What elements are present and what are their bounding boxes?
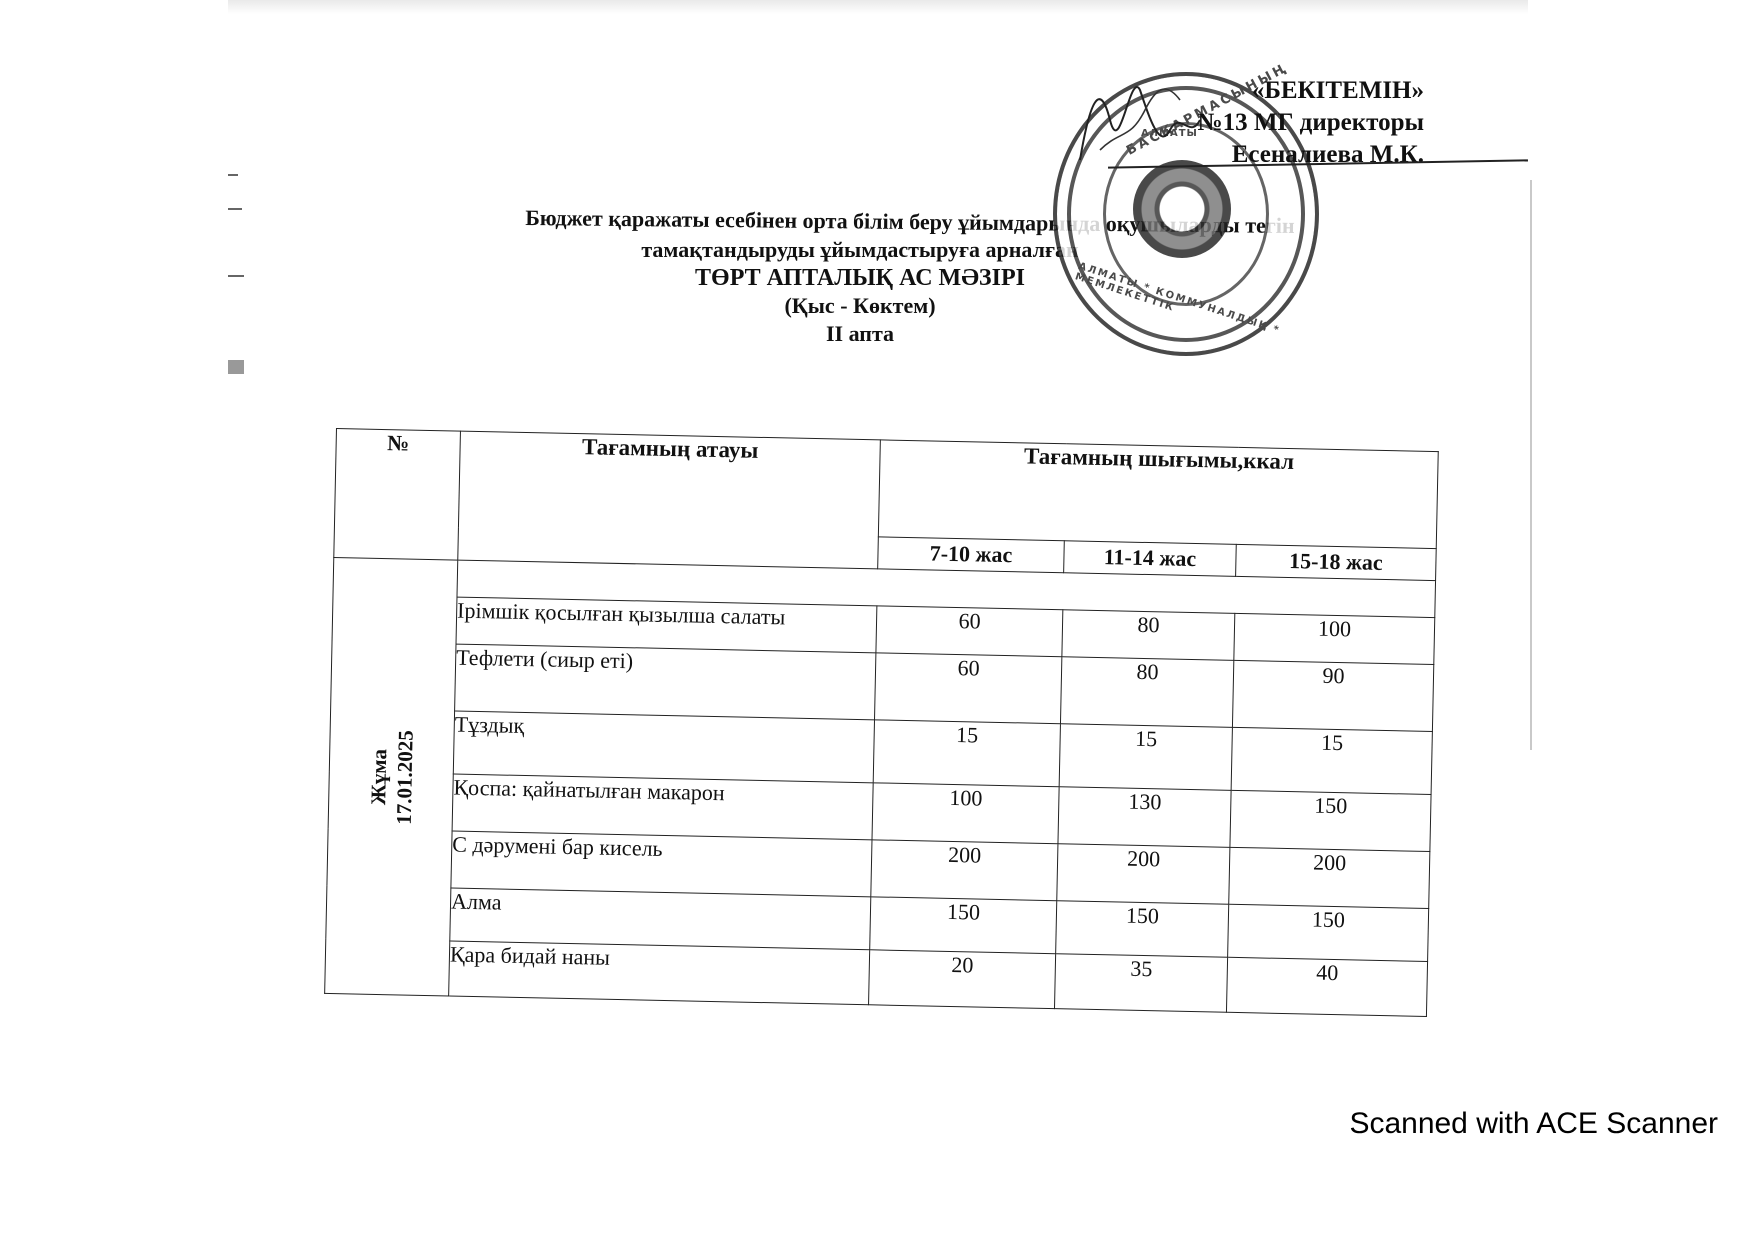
value-15-18: 90 [1232, 660, 1433, 731]
day-date: 17.01.2025 [390, 729, 418, 824]
menu-table-container: № Тағамның атауы Тағамның шығымы,ккал 7-… [324, 428, 1438, 1017]
header-age-7-10: 7-10 жас [878, 537, 1065, 573]
page-edge-shadow [1530, 180, 1532, 750]
header-age-11-14: 11-14 жас [1064, 541, 1237, 577]
value-11-14: 150 [1056, 901, 1229, 958]
value-7-10: 20 [869, 950, 1056, 1009]
header-age-15-18: 15-18 жас [1236, 544, 1437, 580]
dish-name: Қара бидай наны [449, 941, 870, 1005]
approval-title: «БЕКІТЕМІН» [1198, 75, 1424, 107]
value-15-18: 100 [1234, 613, 1435, 664]
menu-table: № Тағамның атауы Тағамның шығымы,ккал 7-… [324, 428, 1439, 1017]
value-7-10: 15 [873, 720, 1060, 787]
table-header-row: № Тағамның атауы Тағамның шығымы,ккал [334, 429, 1438, 549]
dish-name: Қоспа: қайнатылған макарон [452, 774, 873, 840]
value-7-10: 150 [870, 897, 1057, 954]
value-15-18: 15 [1231, 727, 1432, 794]
scanner-watermark: Scanned with ACE Scanner [1349, 1107, 1718, 1141]
value-15-18: 150 [1228, 904, 1429, 961]
dish-name: Алма [450, 888, 871, 950]
value-15-18: 200 [1229, 847, 1430, 908]
scan-left-edge-marks [228, 0, 248, 720]
day-label: Жұма 17.01.2025 [364, 729, 418, 825]
value-7-10: 60 [876, 606, 1063, 657]
value-15-18: 150 [1230, 790, 1431, 851]
header-number: № [334, 429, 461, 561]
dish-name: Тұздық [453, 711, 874, 783]
day-weekday: Жұма [364, 729, 392, 824]
approval-block: «БЕКІТЕМІН» №13 МГ директоры Есеналиева … [1198, 75, 1424, 171]
header-yield: Тағамның шығымы,ккал [878, 440, 1438, 548]
value-11-14: 80 [1062, 610, 1235, 661]
value-11-14: 130 [1058, 787, 1231, 848]
value-7-10: 200 [871, 840, 1058, 901]
value-7-10: 100 [872, 783, 1059, 844]
dish-name: Тефлети (сиыр еті) [455, 644, 876, 720]
value-11-14: 80 [1060, 657, 1233, 728]
approval-position: №13 МГ директоры [1198, 107, 1424, 139]
scan-top-shadow [228, 0, 1528, 14]
value-11-14: 15 [1059, 724, 1232, 791]
value-11-14: 200 [1057, 844, 1230, 905]
header-dish-name: Тағамның атауы [458, 431, 881, 569]
signature-icon [1070, 60, 1210, 180]
value-11-14: 35 [1054, 954, 1227, 1013]
day-cell: Жұма 17.01.2025 [325, 557, 458, 996]
dish-name: С дәрумені бар кисель [451, 831, 872, 897]
value-7-10: 60 [875, 653, 1062, 724]
value-15-18: 40 [1226, 957, 1427, 1016]
